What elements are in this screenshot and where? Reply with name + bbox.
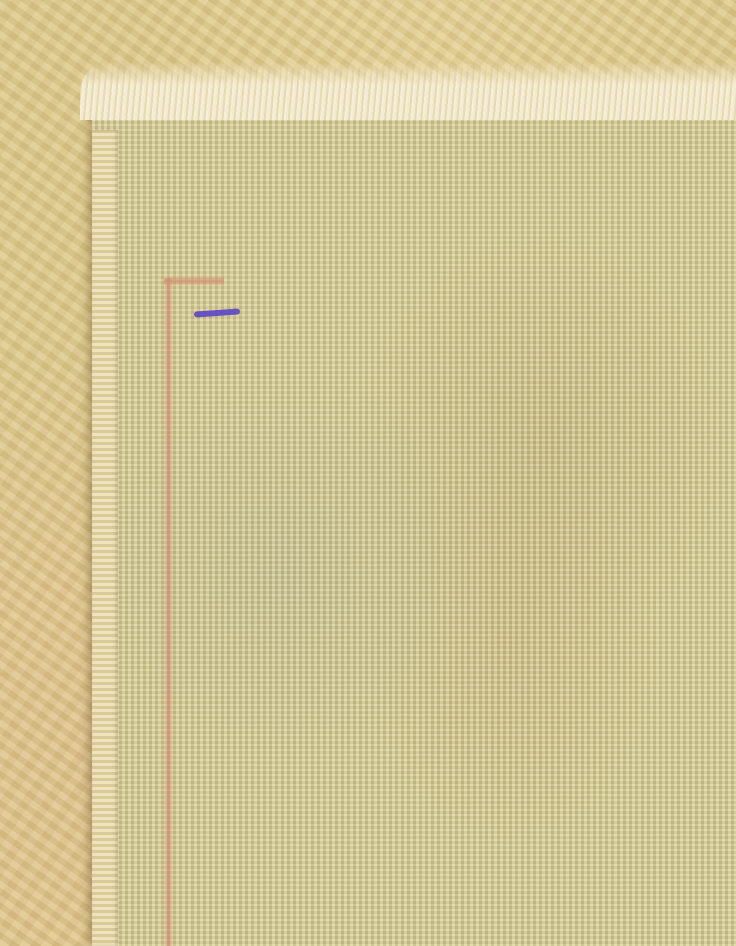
rug-photo [0, 0, 736, 946]
border-line-horizontal [164, 276, 224, 286]
rug-back-weave [92, 108, 736, 946]
border-line-vertical [164, 278, 173, 946]
rug-side-binding [92, 130, 118, 946]
rug-fringe [80, 62, 736, 120]
